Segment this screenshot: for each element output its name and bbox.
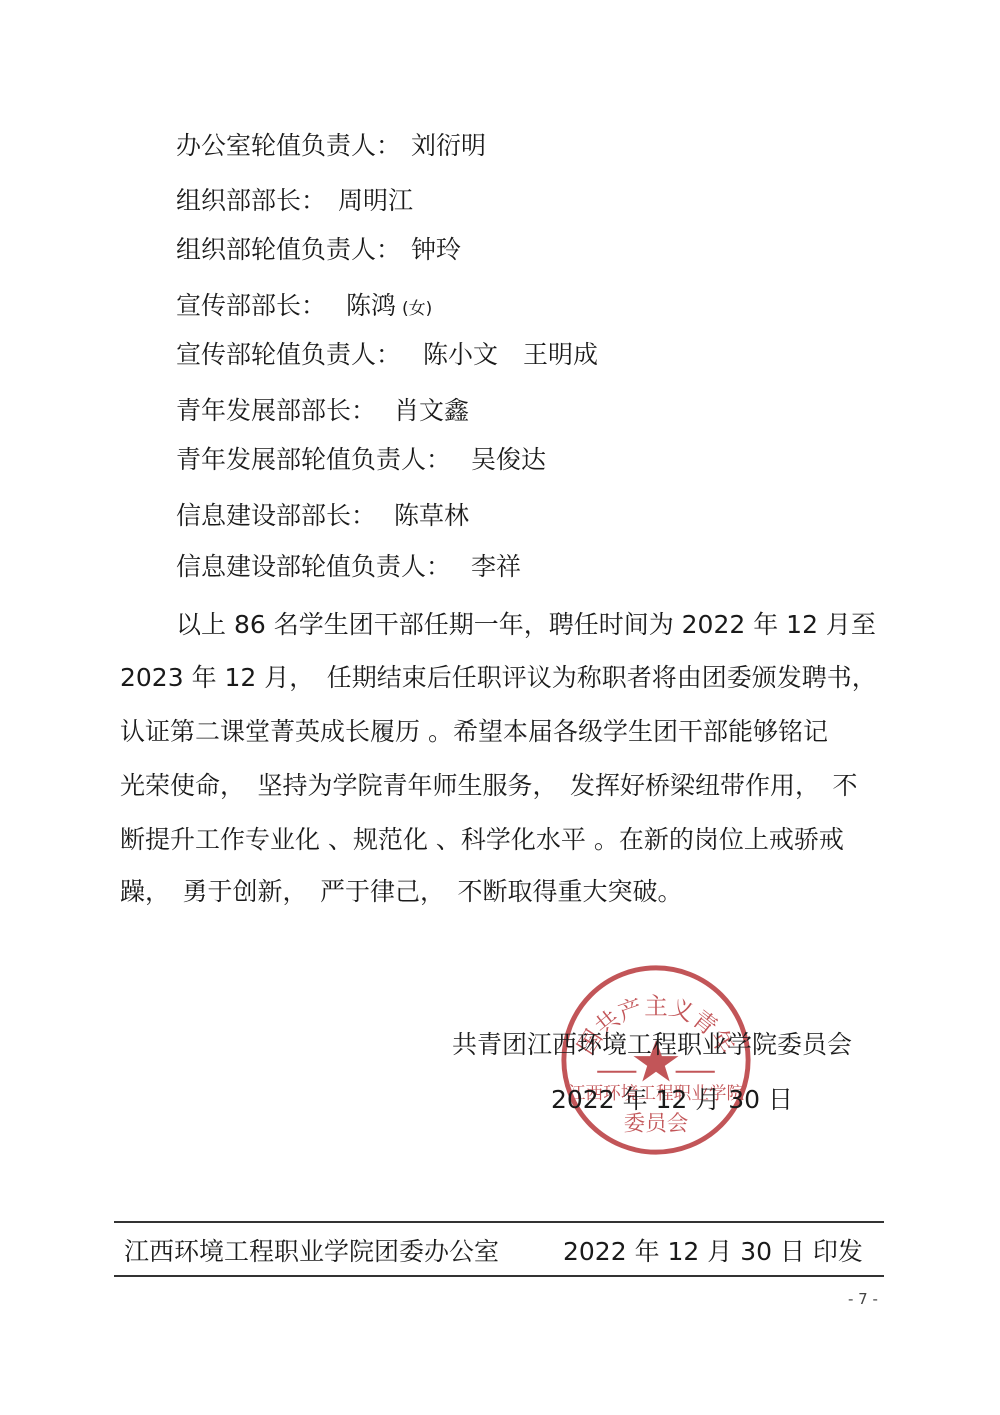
gender-note: (女)	[402, 299, 432, 319]
position-label: 组织部部长：	[176, 185, 326, 217]
position-label: 组织部轮值负责人：	[176, 234, 401, 266]
paragraph-line: 光荣使命， 坚持为学院青年师生服务， 发挥好桥梁纽带作用， 不	[120, 770, 884, 802]
person-name: 陈鸿	[346, 290, 396, 322]
page-number: - 7 -	[848, 1290, 878, 1308]
person-name: 刘衍明	[411, 130, 486, 162]
appointment-row: 组织部轮值负责人：钟玲	[176, 234, 461, 266]
appointment-row: 办公室轮值负责人：刘衍明	[176, 130, 486, 162]
document-page: 办公室轮值负责人：刘衍明 组织部部长：周明江 组织部轮值负责人：钟玲 宣传部部长…	[0, 0, 1000, 1415]
person-name: 李祥	[471, 551, 521, 583]
signing-date: 2022 年 12 月 30 日	[551, 1084, 793, 1116]
position-label: 青年发展部部长：	[176, 395, 376, 427]
appointment-row: 青年发展部部长：肖文鑫	[176, 395, 469, 427]
person-name: 钟玲	[411, 234, 461, 266]
signing-organization: 共青团江西环境工程职业学院委员会	[452, 1029, 852, 1061]
position-label: 宣传部部长：	[176, 290, 326, 322]
issuer-office: 江西环境工程职业学院团委办公室	[124, 1236, 499, 1268]
appointment-row: 信息建设部部长：陈草林	[176, 500, 469, 532]
appointment-row: 宣传部部长：陈鸿(女)	[176, 290, 432, 325]
person-name: 陈草林	[394, 500, 469, 532]
appointment-row: 信息建设部轮值负责人：李祥	[176, 551, 521, 583]
paragraph-line: 躁， 勇于创新， 严于律己， 不断取得重大突破。	[120, 876, 884, 908]
position-label: 办公室轮值负责人：	[176, 130, 401, 162]
paragraph-line: 认证第二课堂菁英成长履历 。希望本届各级学生团干部能够铭记	[120, 716, 884, 748]
position-label: 宣传部轮值负责人：	[176, 339, 401, 371]
issue-date: 2022 年 12 月 30 日 印发	[563, 1236, 863, 1268]
person-name: 陈小文 王明成	[423, 339, 598, 371]
position-label: 信息建设部部长：	[176, 500, 376, 532]
appointment-row: 青年发展部轮值负责人：吴俊达	[176, 444, 546, 476]
position-label: 青年发展部轮值负责人：	[176, 444, 451, 476]
footer-top-rule	[114, 1221, 884, 1223]
paragraph-line: 断提升工作专业化 、规范化 、科学化水平 。在新的岗位上戒骄戒	[120, 824, 884, 856]
paragraph-line: 2023 年 12 月， 任期结束后任职评议为称职者将由团委颁发聘书，	[120, 662, 884, 694]
position-label: 信息建设部轮值负责人：	[176, 551, 451, 583]
appointment-row: 组织部部长：周明江	[176, 185, 413, 217]
person-name: 周明江	[338, 185, 413, 217]
person-name: 吴俊达	[471, 444, 546, 476]
person-name: 肖文鑫	[394, 395, 469, 427]
appointment-row: 宣传部轮值负责人：陈小文 王明成	[176, 339, 598, 371]
paragraph-line: 以上 86 名学生团干部任期一年，聘任时间为 2022 年 12 月至	[176, 609, 940, 641]
footer-bottom-rule	[114, 1275, 884, 1277]
